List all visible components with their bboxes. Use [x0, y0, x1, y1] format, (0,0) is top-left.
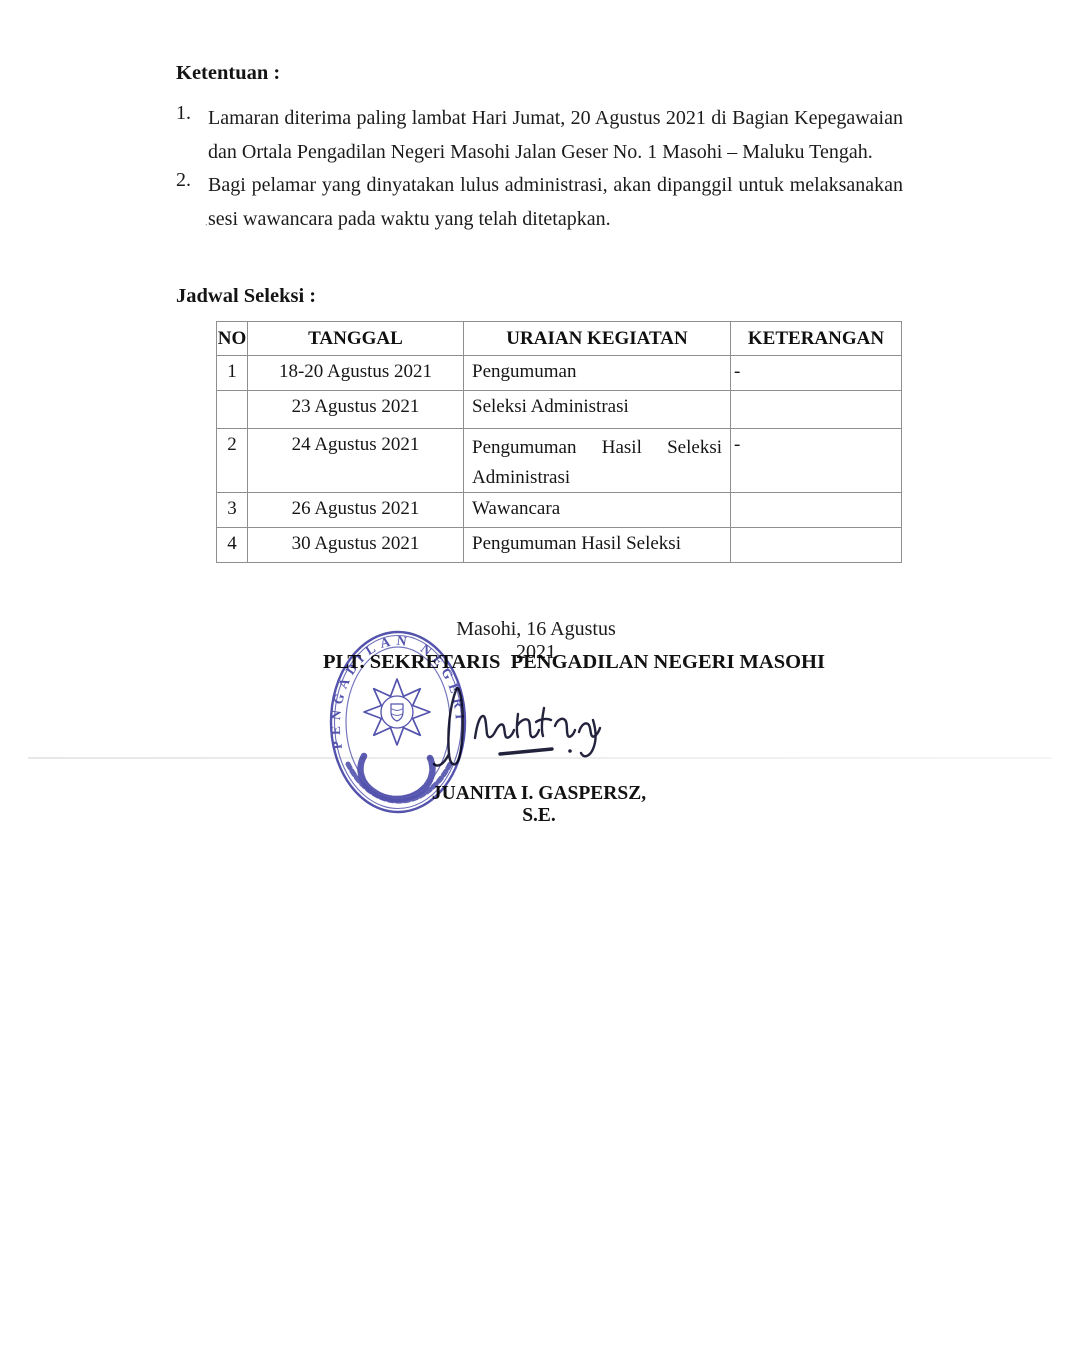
- list-item-2-number: 2.: [176, 169, 191, 192]
- list-item-1-line-2: dan Ortala Pengadilan Negeri Masohi Jala…: [208, 136, 903, 170]
- emblem-inner-circle: [381, 696, 413, 728]
- table-row-5-uraian: Pengumuman Hasil Seleksi: [464, 528, 731, 563]
- document-page: Ketentuan : 1. Lamaran diterima paling l…: [0, 0, 1080, 1350]
- table-row-3-tanggal: 24 Agustus 2021: [248, 429, 464, 493]
- table-row-3-keterangan: -: [731, 429, 902, 493]
- signer-title-line: PLT. SEKRETARIS PENGADILAN NEGERI MASOHI: [323, 651, 769, 674]
- scan-speck: ˙: [204, 222, 209, 238]
- col-header-no: NO: [217, 322, 248, 356]
- list-item-2-line-2: sesi wawancara pada waktu yang telah dit…: [208, 203, 903, 237]
- col-header-tanggal: TANGGAL: [248, 322, 464, 356]
- table-row-4-uraian: Wawancara: [464, 493, 731, 528]
- sun-star-emblem-icon: [364, 679, 430, 745]
- table-row-2-no: [217, 391, 248, 429]
- table-row-1-no: 1: [217, 356, 248, 391]
- col-header-keterangan: KETERANGAN: [731, 322, 902, 356]
- table-row-3-uraian: Pengumuman Hasil Seleksi Administrasi: [464, 429, 731, 493]
- table-row-3-no: 2: [217, 429, 248, 493]
- table-row-1-keterangan: -: [731, 356, 902, 391]
- list-item-2-line-1: Bagi pelamar yang dinyatakan lulus admin…: [208, 169, 903, 203]
- table-row-4-tanggal: 26 Agustus 2021: [248, 493, 464, 528]
- table-row-4-keterangan: [731, 493, 902, 528]
- list-item-2: Bagi pelamar yang dinyatakan lulus admin…: [208, 169, 903, 236]
- table-row-2-keterangan: [731, 391, 902, 429]
- col-header-uraian: URAIAN KEGIATAN: [464, 322, 731, 356]
- list-item-1-number: 1.: [176, 102, 191, 125]
- schedule-table: NO TANGGAL URAIAN KEGIATAN KETERANGAN 1 …: [216, 321, 902, 563]
- table-row-5-tanggal: 30 Agustus 2021: [248, 528, 464, 563]
- table-row-5-no: 4: [217, 528, 248, 563]
- list-item-1-line-1: Lamaran diterima paling lambat Hari Juma…: [208, 102, 903, 136]
- table-row-1-tanggal: 18-20 Agustus 2021: [248, 356, 464, 391]
- table-row-4-no: 3: [217, 493, 248, 528]
- table-row-5-keterangan: [731, 528, 902, 563]
- shield-icon: [391, 704, 403, 721]
- handwritten-signature-ink: [423, 676, 613, 776]
- table-row-1-uraian: Pengumuman: [464, 356, 731, 391]
- table-row-2-tanggal: 23 Agustus 2021: [248, 391, 464, 429]
- jadwal-heading: Jadwal Seleksi :: [176, 285, 316, 308]
- signer-name: JUANITA I. GASPERSZ, S.E.: [427, 783, 651, 827]
- ketentuan-heading: Ketentuan :: [176, 62, 280, 85]
- table-row-2-uraian: Seleksi Administrasi: [464, 391, 731, 429]
- list-item-1: Lamaran diterima paling lambat Hari Juma…: [208, 102, 903, 169]
